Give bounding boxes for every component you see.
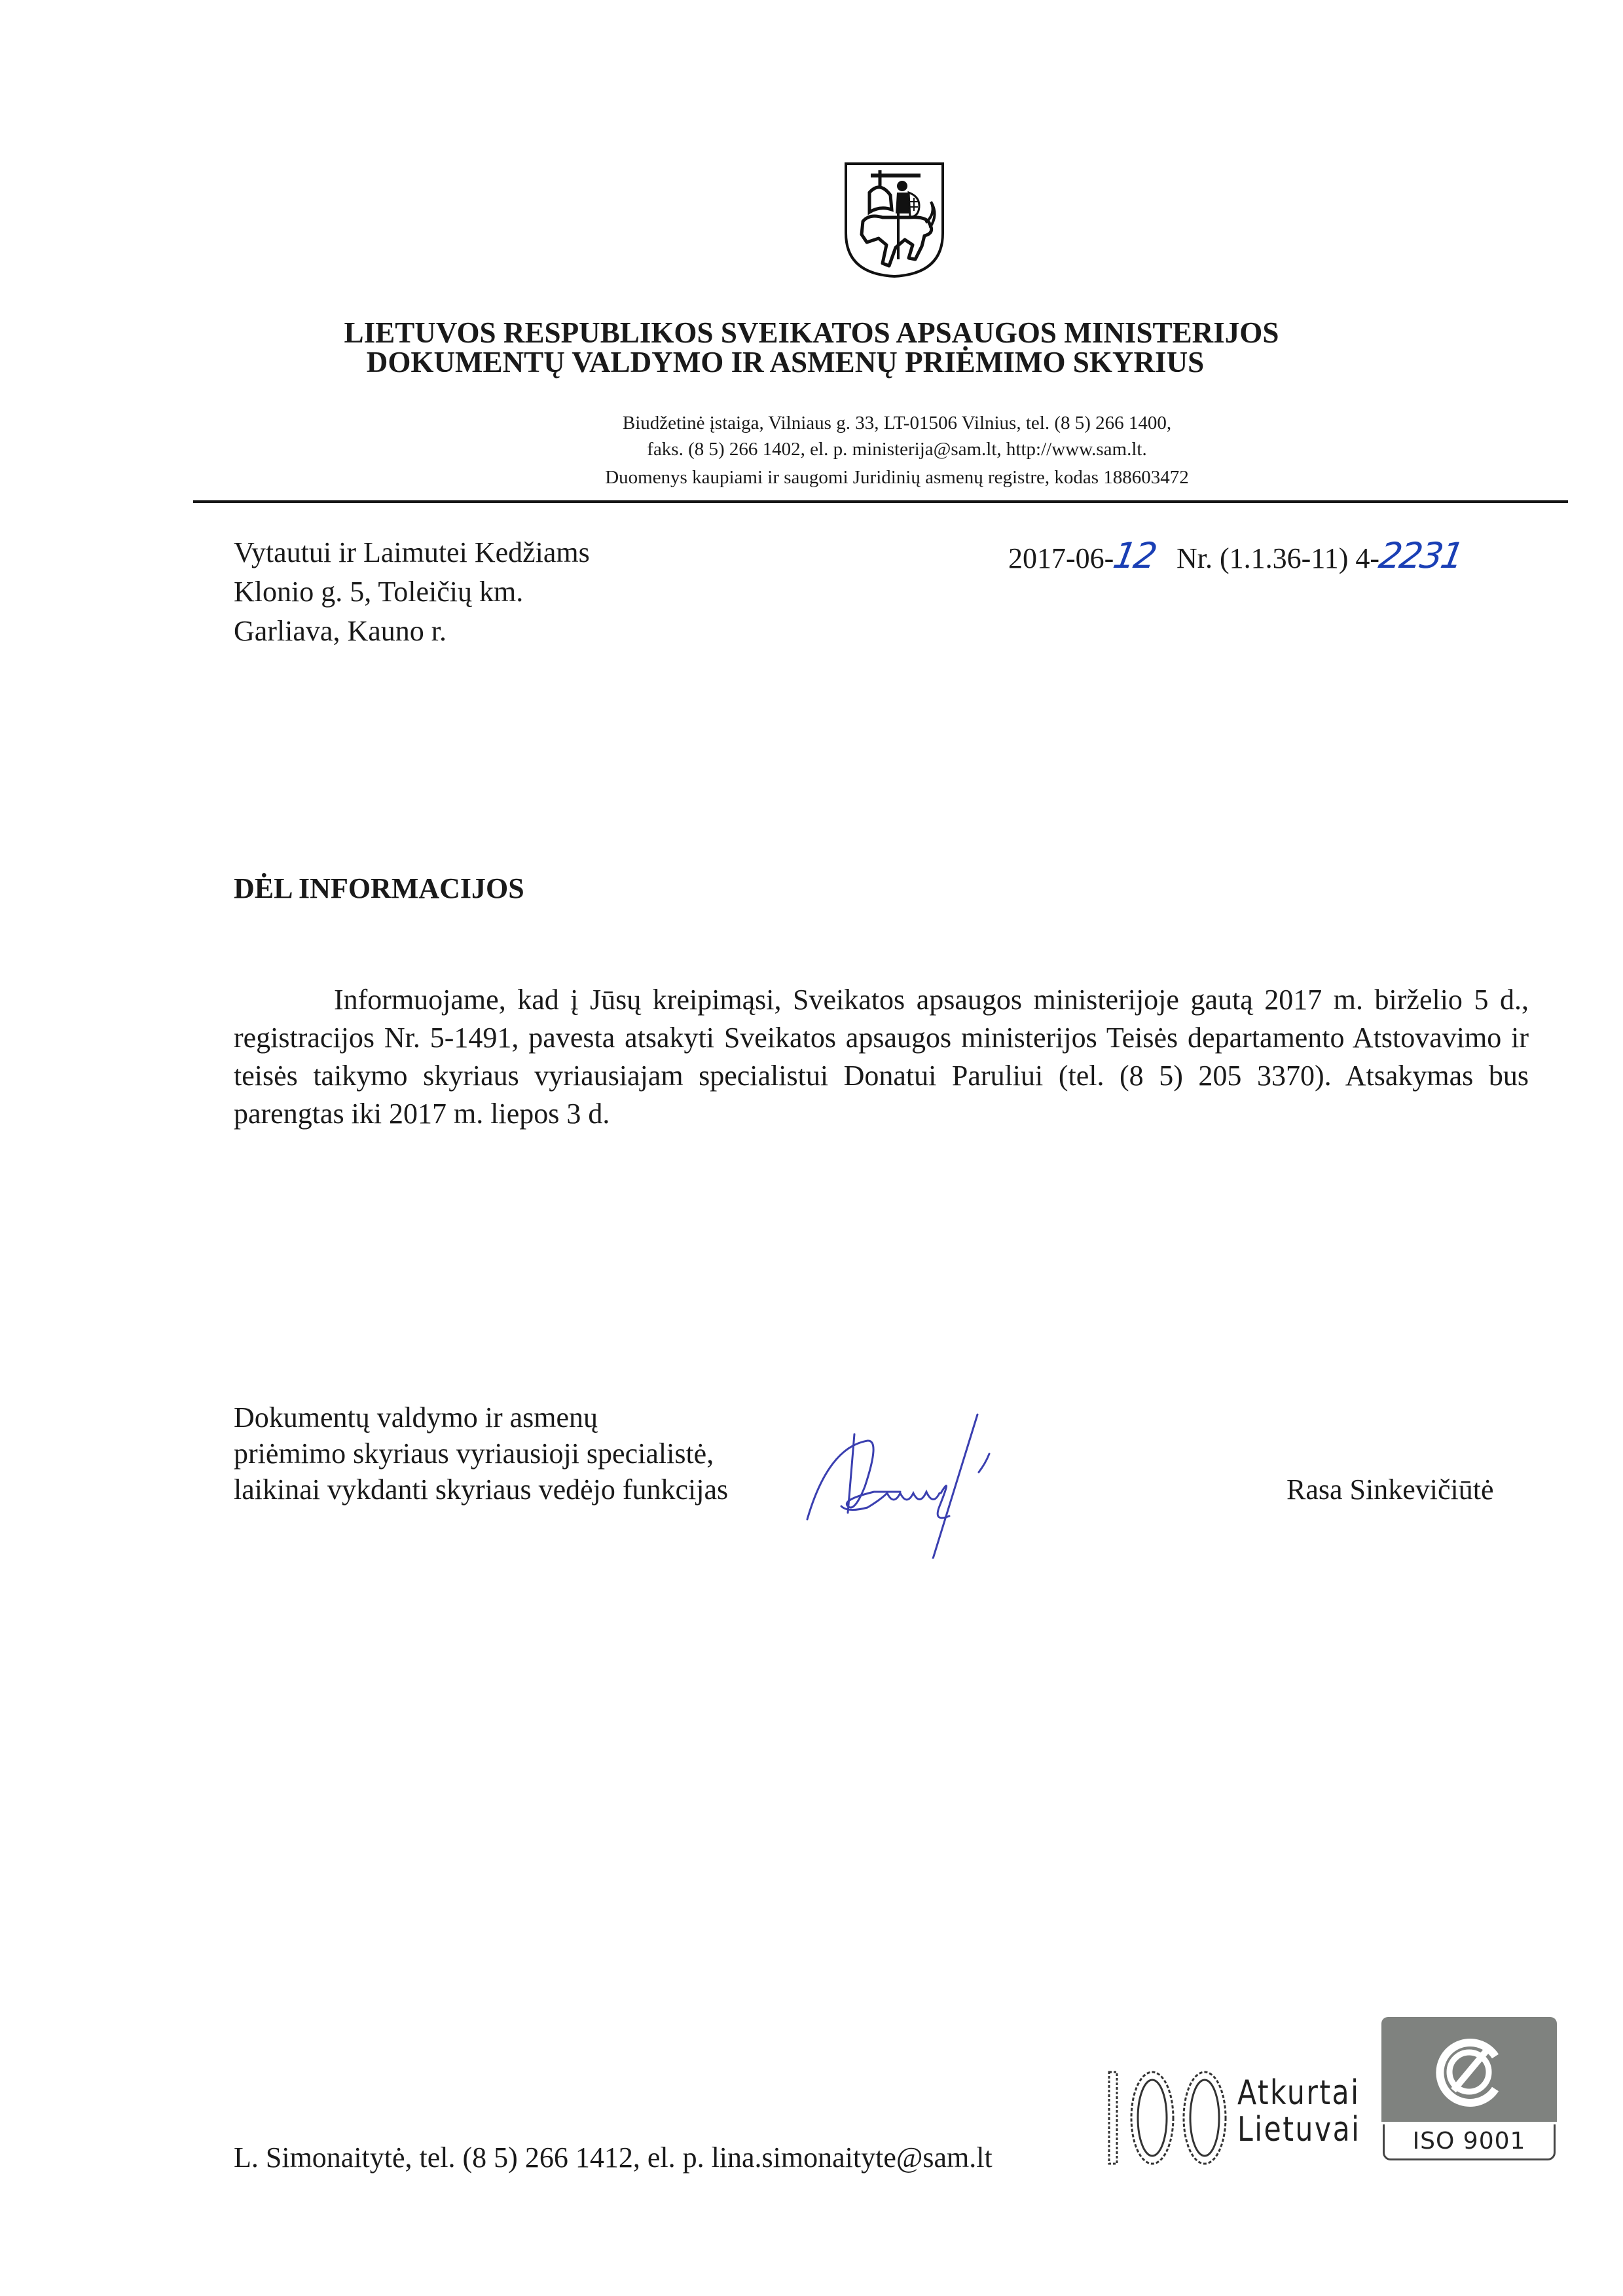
- certification-mark-icon: [1381, 2017, 1557, 2122]
- iso-label: ISO 9001: [1383, 2124, 1556, 2160]
- centenary-text: Atkurtai Lietuvai: [1237, 2075, 1360, 2148]
- date-prefix: 2017-06-: [1008, 542, 1114, 574]
- signer-title-line2: priėmimo skyriaus vyriausioji specialist…: [234, 1439, 714, 1468]
- centenary-100-logo-icon: [1100, 2063, 1231, 2168]
- reference-line: 2017-06-12 Nr. (1.1.36-11) 4-2231: [1008, 538, 1461, 574]
- centenary-line1: Atkurtai: [1237, 2075, 1360, 2111]
- org-name-line2: DOKUMENTŲ VALDYMO IR ASMENŲ PRIĖMIMO SKY…: [0, 347, 1580, 377]
- signer-name: Rasa Sinkevičiūtė: [1286, 1475, 1494, 1504]
- body-paragraph: Informuojame, kad į Jūsų kreipimąsi, Sve…: [234, 981, 1529, 1133]
- document-number-handwritten: 2231: [1376, 538, 1465, 574]
- centenary-line2: Lietuvai: [1237, 2111, 1360, 2148]
- org-name-line1: LIETUVOS RESPUBLIKOS SVEIKATOS APSAUGOS …: [16, 318, 1607, 348]
- recipient-name: Vytautui ir Laimutei Kedžiams: [234, 538, 590, 567]
- date-day-handwritten: 12: [1111, 538, 1158, 574]
- address-line1: Biudžetinė įstaiga, Vilniaus g. 33, LT-0…: [0, 414, 1623, 433]
- iso-certification-badge: ISO 9001: [1381, 2017, 1557, 2161]
- subject-heading: DĖL INFORMACIJOS: [234, 874, 524, 903]
- recipient-city: Garliava, Kauno r.: [234, 617, 447, 646]
- document-number-prefix: Nr. (1.1.36-11) 4-: [1176, 542, 1379, 574]
- signer-title-line3: laikinai vykdanti skyriaus vedėjo funkci…: [234, 1475, 728, 1504]
- recipient-street: Klonio g. 5, Toleičių km.: [234, 578, 523, 606]
- letterhead-divider: [193, 500, 1568, 503]
- address-line3: Duomenys kaupiami ir saugomi Juridinių a…: [0, 468, 1623, 487]
- address-line2: faks. (8 5) 266 1402, el. p. ministerija…: [0, 440, 1623, 459]
- signer-title-line1: Dokumentų valdymo ir asmenų: [234, 1403, 598, 1432]
- footer-contact: L. Simonaitytė, tel. (8 5) 266 1412, el.…: [234, 2143, 993, 2172]
- iso-badge-graphic: [1381, 2017, 1557, 2122]
- handwritten-signature-icon: [802, 1408, 1103, 1559]
- coat-of-arms-icon: [843, 161, 945, 278]
